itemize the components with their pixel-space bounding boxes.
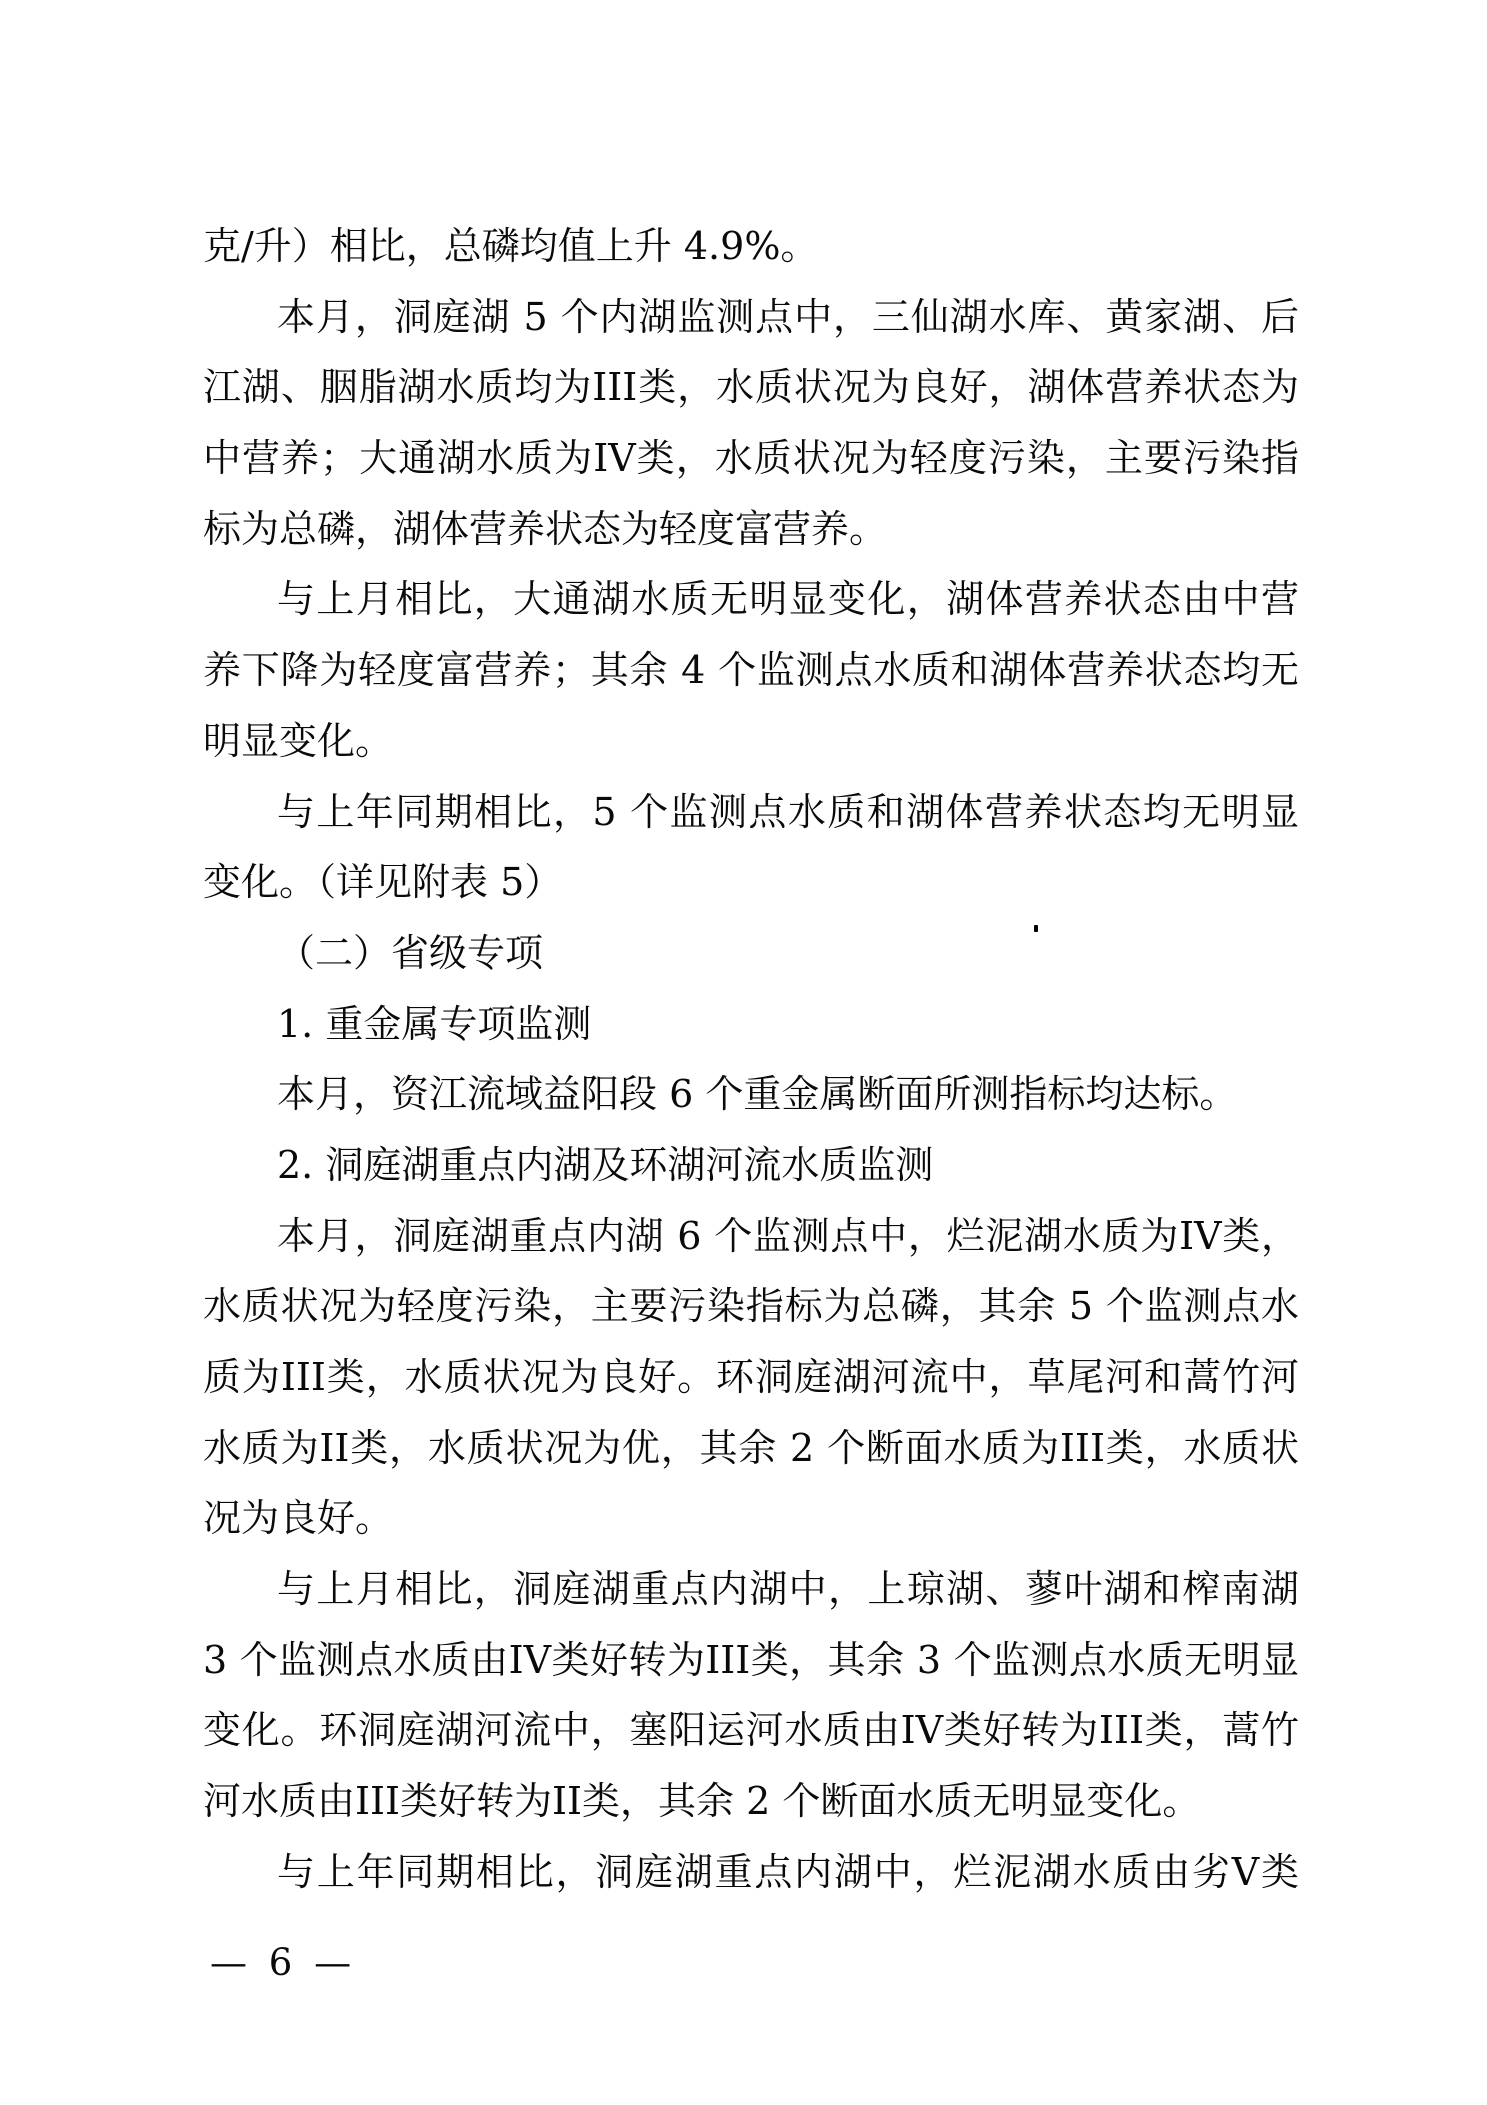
page-number: — 6 —: [210, 1933, 356, 1993]
text-line: 本月，洞庭湖重点内湖 6 个监测点中，烂泥湖水质为IV类，: [203, 1201, 1299, 1272]
text-line: 水质为II类，水质状况为优，其余 2 个断面水质为III类，水质状: [203, 1413, 1299, 1484]
text-line: 本月，资江流域益阳段 6 个重金属断面所测指标均达标。: [203, 1059, 1299, 1130]
document-body: 克/升）相比，总磷均值上升 4.9%。 本月，洞庭湖 5 个内湖监测点中，三仙湖…: [203, 211, 1299, 1908]
section-heading-line: （二）省级专项: [203, 918, 1299, 989]
text-line: 变化。（详见附表 5）: [203, 847, 1299, 918]
text-line: 与上年同期相比，5 个监测点水质和湖体营养状态均无明显: [203, 777, 1299, 848]
text-line: 与上年同期相比，洞庭湖重点内湖中，烂泥湖水质由劣V类: [203, 1837, 1299, 1908]
document-page: 克/升）相比，总磷均值上升 4.9%。 本月，洞庭湖 5 个内湖监测点中，三仙湖…: [0, 0, 1487, 2105]
scan-speck-artifact: [1034, 925, 1038, 932]
text-line: 况为良好。: [203, 1483, 1299, 1554]
text-line: 中营养；大通湖水质为IV类，水质状况为轻度污染，主要污染指: [203, 423, 1299, 494]
text-line: 本月，洞庭湖 5 个内湖监测点中，三仙湖水库、黄家湖、后: [203, 282, 1299, 353]
text-line: 江湖、胭脂湖水质均为III类，水质状况为良好，湖体营养状态为: [203, 352, 1299, 423]
text-line: 变化。环洞庭湖河流中，塞阳运河水质由IV类好转为III类，蒿竹: [203, 1695, 1299, 1766]
text-line: 质为III类，水质状况为良好。环洞庭湖河流中，草尾河和蒿竹河: [203, 1342, 1299, 1413]
subsection-heading-line: 1. 重金属专项监测: [203, 989, 1299, 1060]
text-line: 克/升）相比，总磷均值上升 4.9%。: [203, 211, 1299, 282]
text-line: 河水质由III类好转为II类，其余 2 个断面水质无明显变化。: [203, 1766, 1299, 1837]
text-line: 养下降为轻度富营养；其余 4 个监测点水质和湖体营养状态均无: [203, 635, 1299, 706]
text-line: 3 个监测点水质由IV类好转为III类，其余 3 个监测点水质无明显: [203, 1625, 1299, 1696]
text-line: 与上月相比，洞庭湖重点内湖中，上琼湖、蓼叶湖和榨南湖: [203, 1554, 1299, 1625]
text-line: 明显变化。: [203, 706, 1299, 777]
subsection-heading-line: 2. 洞庭湖重点内湖及环湖河流水质监测: [203, 1130, 1299, 1201]
text-line: 与上月相比，大通湖水质无明显变化，湖体营养状态由中营: [203, 564, 1299, 635]
text-line: 水质状况为轻度污染，主要污染指标为总磷，其余 5 个监测点水: [203, 1271, 1299, 1342]
text-line: 标为总磷，湖体营养状态为轻度富营养。: [203, 494, 1299, 565]
